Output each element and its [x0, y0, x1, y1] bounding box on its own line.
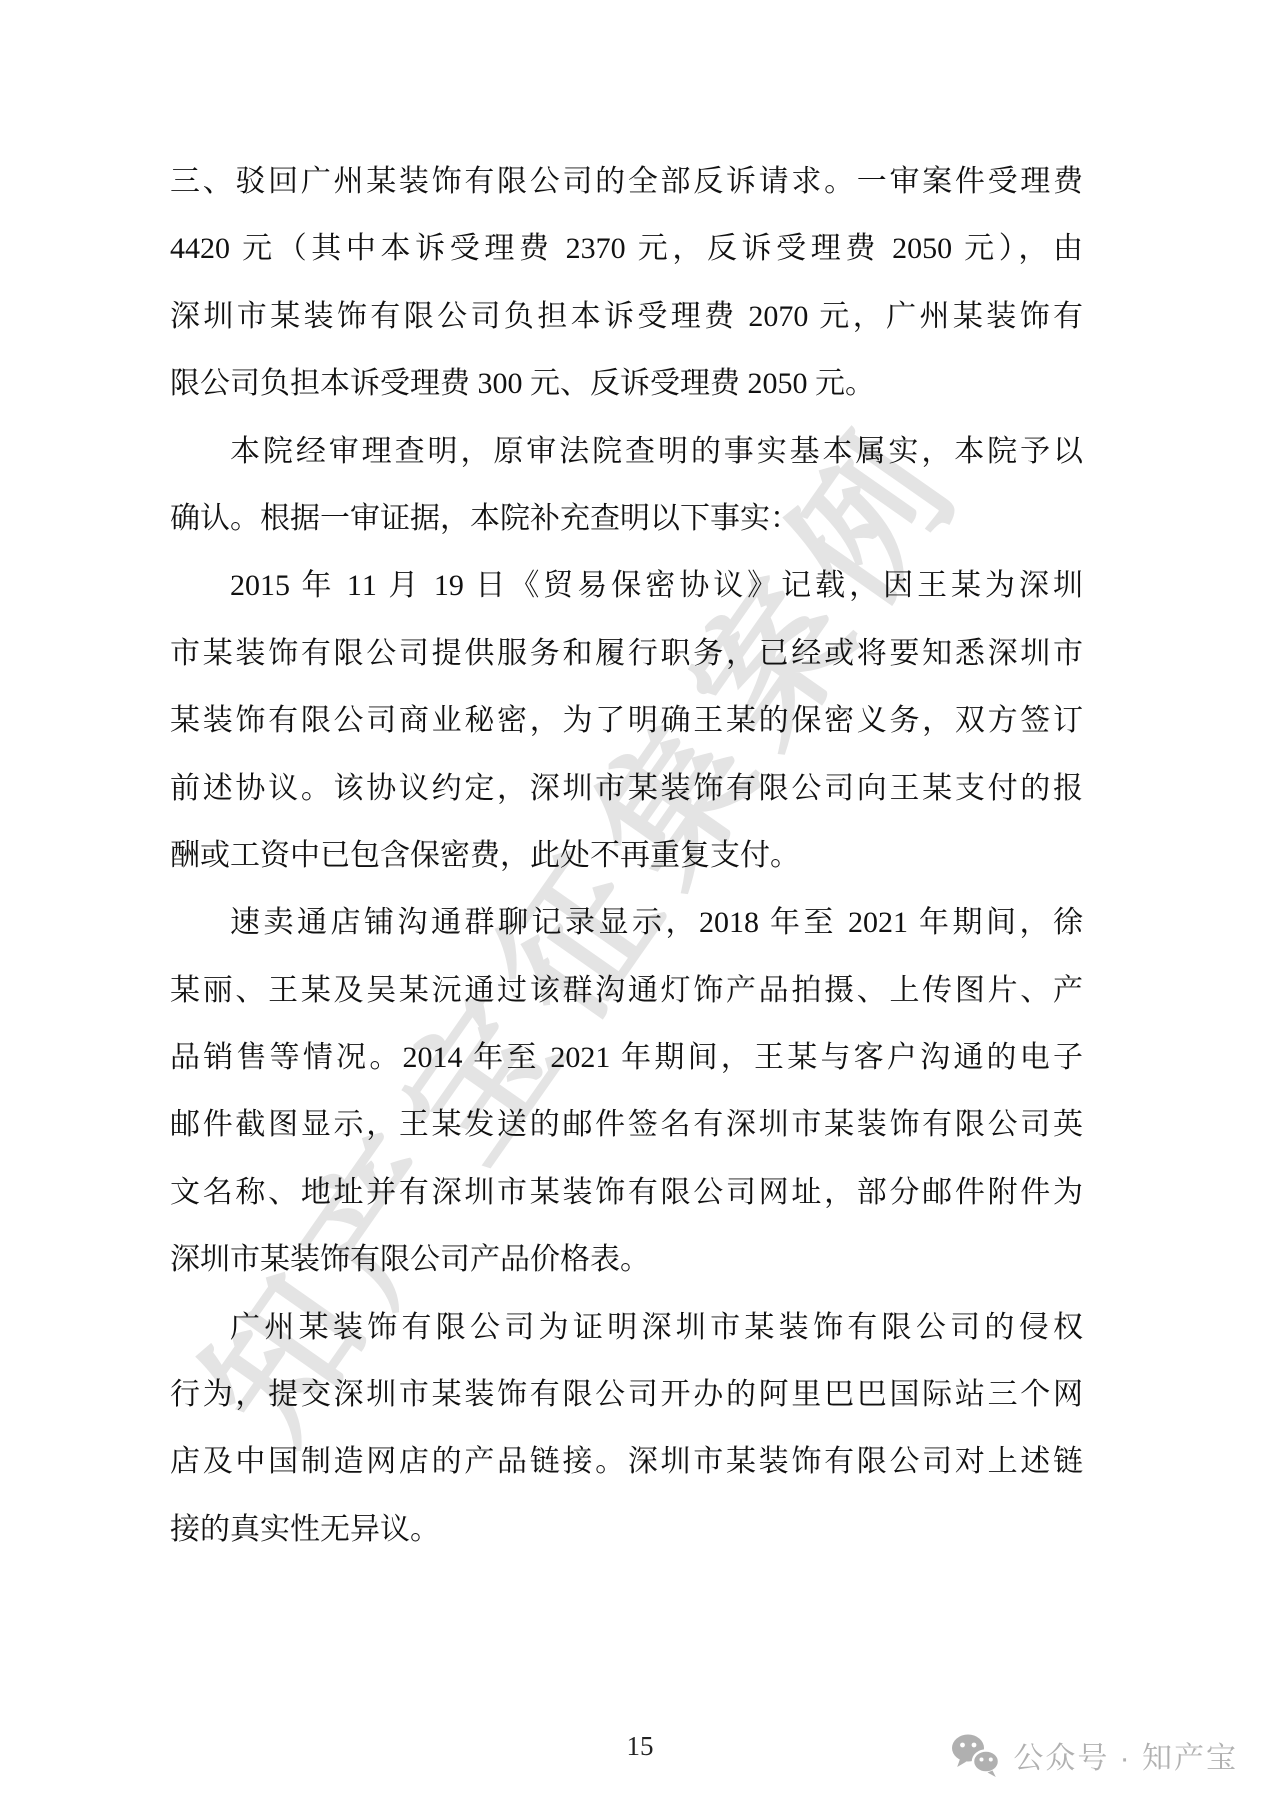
text-line: 某装饰有限公司商业秘密，为了明确王某的保密义务，双方签订 [170, 687, 1083, 754]
text-line: 品销售等情况。2014 年至 2021 年期间，王某与客户沟通的电子 [170, 1024, 1083, 1091]
text-line: 文名称、地址并有深圳市某装饰有限公司网址，部分邮件附件为 [170, 1159, 1083, 1226]
text-line: 4420 元（其中本诉受理费 2370 元，反诉受理费 2050 元），由 [170, 215, 1083, 282]
paragraph: 速卖通店铺沟通群聊记录显示，2018 年至 2021 年期间，徐某丽、王某及吴某… [170, 889, 1083, 1293]
text-line: 邮件截图显示，王某发送的邮件签名有深圳市某装饰有限公司英 [170, 1091, 1083, 1158]
text-line: 三、驳回广州某装饰有限公司的全部反诉请求。一审案件受理费 [170, 148, 1083, 215]
text-line: 行为，提交深圳市某装饰有限公司开办的阿里巴巴国际站三个网 [170, 1361, 1083, 1428]
text-line: 确认。根据一审证据，本院补充查明以下事实： [170, 485, 1083, 552]
text-line: 2015 年 11 月 19 日《贸易保密协议》记载，因王某为深圳 [170, 552, 1083, 619]
footer-badge: 公众号 · 知产宝 [949, 1732, 1238, 1778]
text-line: 本院经审理查明，原审法院查明的事实基本属实，本院予以 [170, 418, 1083, 485]
footer-badge-label: 公众号 · 知产宝 [1013, 1733, 1238, 1777]
paragraph: 本院经审理查明，原审法院查明的事实基本属实，本院予以确认。根据一审证据，本院补充… [170, 418, 1083, 553]
paragraph: 广州某装饰有限公司为证明深圳市某装饰有限公司的侵权行为，提交深圳市某装饰有限公司… [170, 1294, 1083, 1564]
text-line: 酬或工资中已包含保密费，此处不再重复支付。 [170, 822, 1083, 889]
text-line: 前述协议。该协议约定，深圳市某装饰有限公司向王某支付的报 [170, 755, 1083, 822]
document-body: 三、驳回广州某装饰有限公司的全部反诉请求。一审案件受理费4420 元（其中本诉受… [170, 148, 1083, 1563]
text-line: 某丽、王某及吴某沅通过该群沟通灯饰产品拍摄、上传图片、产 [170, 957, 1083, 1024]
text-line: 深圳市某装饰有限公司产品价格表。 [170, 1226, 1083, 1293]
text-line: 广州某装饰有限公司为证明深圳市某装饰有限公司的侵权 [170, 1294, 1083, 1361]
text-line: 限公司负担本诉受理费 300 元、反诉受理费 2050 元。 [170, 350, 1083, 417]
text-line: 店及中国制造网店的产品链接。深圳市某装饰有限公司对上述链 [170, 1428, 1083, 1495]
text-line: 接的真实性无异议。 [170, 1496, 1083, 1563]
paragraph: 三、驳回广州某装饰有限公司的全部反诉请求。一审案件受理费4420 元（其中本诉受… [170, 148, 1083, 418]
wechat-icon [949, 1732, 1001, 1778]
paragraph: 2015 年 11 月 19 日《贸易保密协议》记载，因王某为深圳市某装饰有限公… [170, 552, 1083, 889]
text-line: 深圳市某装饰有限公司负担本诉受理费 2070 元，广州某装饰有 [170, 283, 1083, 350]
document-page: 知产宝征集案例 三、驳回广州某装饰有限公司的全部反诉请求。一审案件受理费4420… [0, 0, 1280, 1810]
text-line: 速卖通店铺沟通群聊记录显示，2018 年至 2021 年期间，徐 [170, 889, 1083, 956]
text-line: 市某装饰有限公司提供服务和履行职务，已经或将要知悉深圳市 [170, 620, 1083, 687]
